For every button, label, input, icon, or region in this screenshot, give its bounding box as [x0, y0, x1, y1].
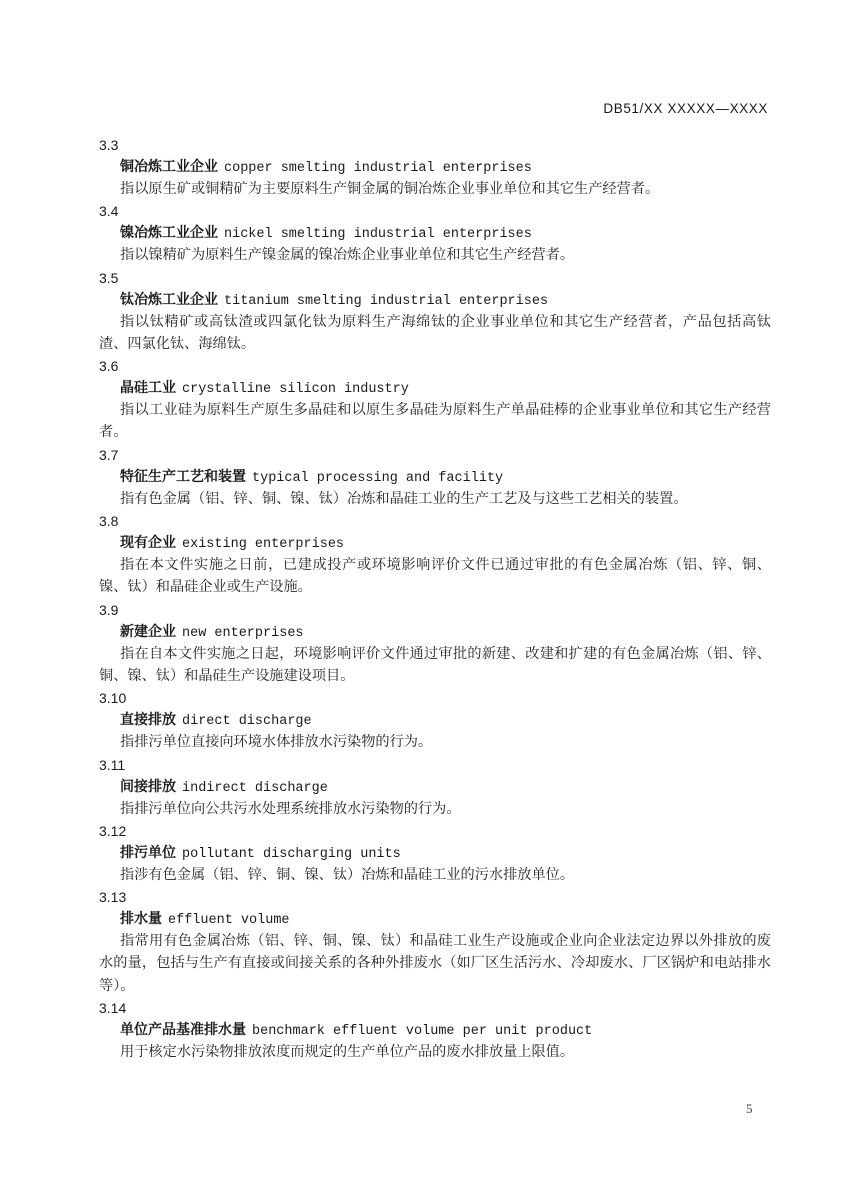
term-chinese: 晶硅工业: [120, 380, 176, 396]
term-heading: 新建企业new enterprises: [120, 621, 850, 643]
term-heading: 晶硅工业crystalline silicon industry: [120, 377, 850, 399]
clause-number: 3.14: [99, 997, 850, 1019]
clause-number: 3.8: [99, 510, 850, 532]
term-english: pollutant discharging units: [182, 847, 401, 862]
term-chinese: 新建企业: [120, 624, 176, 640]
clause-number: 3.3: [99, 134, 850, 156]
term-english: titanium smelting industrial enterprises: [224, 294, 548, 309]
clause-number: 3.9: [99, 599, 850, 621]
term-definition: 指以镍精矿为原料生产镍金属的镍冶炼企业事业单位和其它生产经营者。: [99, 244, 771, 266]
term-definition: 指涉有色金属（铝、锌、铜、镍、钛）冶炼和晶硅工业的污水排放单位。: [99, 864, 771, 886]
term-heading: 排水量effluent volume: [120, 908, 850, 930]
term-chinese: 间接排放: [120, 779, 176, 795]
term-english: crystalline silicon industry: [182, 382, 409, 397]
term-heading: 单位产品基准排水量benchmark effluent volume per u…: [120, 1019, 850, 1041]
term-english: typical processing and facility: [252, 471, 503, 486]
term-chinese: 直接排放: [120, 712, 176, 728]
term-english: existing enterprises: [182, 537, 344, 552]
clause-3-6: 3.6 晶硅工业crystalline silicon industry 指以工…: [0, 355, 850, 444]
term-heading: 特征生产工艺和装置typical processing and facility: [120, 466, 850, 488]
term-definition: 指以钛精矿或高钛渣或四氯化钛为原料生产海绵钛的企业事业单位和其它生产经营者，产品…: [99, 311, 771, 356]
clause-3-9: 3.9 新建企业new enterprises 指在自本文件实施之日起，环境影响…: [0, 599, 850, 688]
term-chinese: 镍冶炼工业企业: [120, 225, 218, 241]
term-chinese: 铜冶炼工业企业: [120, 159, 218, 175]
page-number: 5: [746, 1101, 753, 1117]
term-chinese: 特征生产工艺和装置: [120, 469, 246, 485]
clause-number: 3.7: [99, 444, 850, 466]
term-heading: 间接排放indirect discharge: [120, 776, 850, 798]
term-definition: 指在本文件实施之日前，已建成投产或环境影响评价文件已通过审批的有色金属冶炼（铝、…: [99, 554, 771, 599]
clause-number: 3.13: [99, 886, 850, 908]
document-code-header: DB51/XX XXXXX—XXXX: [603, 101, 768, 116]
term-english: direct discharge: [182, 714, 312, 729]
term-english: indirect discharge: [182, 781, 328, 796]
term-chinese: 排水量: [120, 911, 162, 927]
clause-number: 3.6: [99, 355, 850, 377]
clause-number: 3.11: [99, 754, 850, 776]
term-definition: 指以原生矿或铜精矿为主要原料生产铜金属的铜冶炼企业事业单位和其它生产经营者。: [99, 178, 771, 200]
term-heading: 现有企业existing enterprises: [120, 532, 850, 554]
clause-number: 3.12: [99, 820, 850, 842]
clause-3-10: 3.10 直接排放direct discharge 指排污单位直接向环境水体排放…: [0, 687, 850, 753]
term-definition: 指排污单位向公共污水处理系统排放水污染物的行为。: [99, 798, 771, 820]
clause-3-8: 3.8 现有企业existing enterprises 指在本文件实施之日前，…: [0, 510, 850, 599]
term-english: new enterprises: [182, 626, 304, 641]
clause-number: 3.10: [99, 687, 850, 709]
clause-3-13: 3.13 排水量effluent volume 指常用有色金属冶炼（铝、锌、铜、…: [0, 886, 850, 997]
term-chinese: 单位产品基准排水量: [120, 1022, 246, 1038]
clause-3-3: 3.3 铜冶炼工业企业copper smelting industrial en…: [0, 134, 850, 200]
term-heading: 镍冶炼工业企业nickel smelting industrial enterp…: [120, 222, 850, 244]
term-heading: 钛冶炼工业企业titanium smelting industrial ente…: [120, 289, 850, 311]
clause-number: 3.5: [99, 267, 850, 289]
term-definition: 指在自本文件实施之日起，环境影响评价文件通过审批的新建、改建和扩建的有色金属冶炼…: [99, 643, 771, 688]
term-definition: 指常用有色金属冶炼（铝、锌、铜、镍、钛）和晶硅工业生产设施或企业向企业法定边界以…: [99, 930, 771, 997]
clause-3-5: 3.5 钛冶炼工业企业titanium smelting industrial …: [0, 267, 850, 356]
terms-definitions-section: 3.3 铜冶炼工业企业copper smelting industrial en…: [0, 134, 850, 1063]
term-english: benchmark effluent volume per unit produ…: [252, 1024, 592, 1039]
term-heading: 直接排放direct discharge: [120, 709, 850, 731]
clause-3-11: 3.11 间接排放indirect discharge 指排污单位向公共污水处理…: [0, 754, 850, 820]
term-english: nickel smelting industrial enterprises: [224, 227, 532, 242]
term-definition: 指有色金属（铝、锌、铜、镍、钛）冶炼和晶硅工业的生产工艺及与这些工艺相关的装置。: [99, 488, 771, 510]
clause-3-4: 3.4 镍冶炼工业企业nickel smelting industrial en…: [0, 200, 850, 266]
clause-number: 3.4: [99, 200, 850, 222]
clause-3-12: 3.12 排污单位pollutant discharging units 指涉有…: [0, 820, 850, 886]
term-chinese: 现有企业: [120, 535, 176, 551]
term-definition: 用于核定水污染物排放浓度而规定的生产单位产品的废水排放量上限值。: [99, 1041, 771, 1063]
clause-3-7: 3.7 特征生产工艺和装置typical processing and faci…: [0, 444, 850, 510]
term-english: effluent volume: [168, 913, 290, 928]
clause-3-14: 3.14 单位产品基准排水量benchmark effluent volume …: [0, 997, 850, 1063]
term-definition: 指排污单位直接向环境水体排放水污染物的行为。: [99, 731, 771, 753]
term-english: copper smelting industrial enterprises: [224, 161, 532, 176]
term-heading: 铜冶炼工业企业copper smelting industrial enterp…: [120, 156, 850, 178]
term-definition: 指以工业硅为原料生产原生多晶硅和以原生多晶硅为原料生产单晶硅棒的企业事业单位和其…: [99, 399, 771, 444]
term-chinese: 钛冶炼工业企业: [120, 292, 218, 308]
term-chinese: 排污单位: [120, 845, 176, 861]
term-heading: 排污单位pollutant discharging units: [120, 842, 850, 864]
